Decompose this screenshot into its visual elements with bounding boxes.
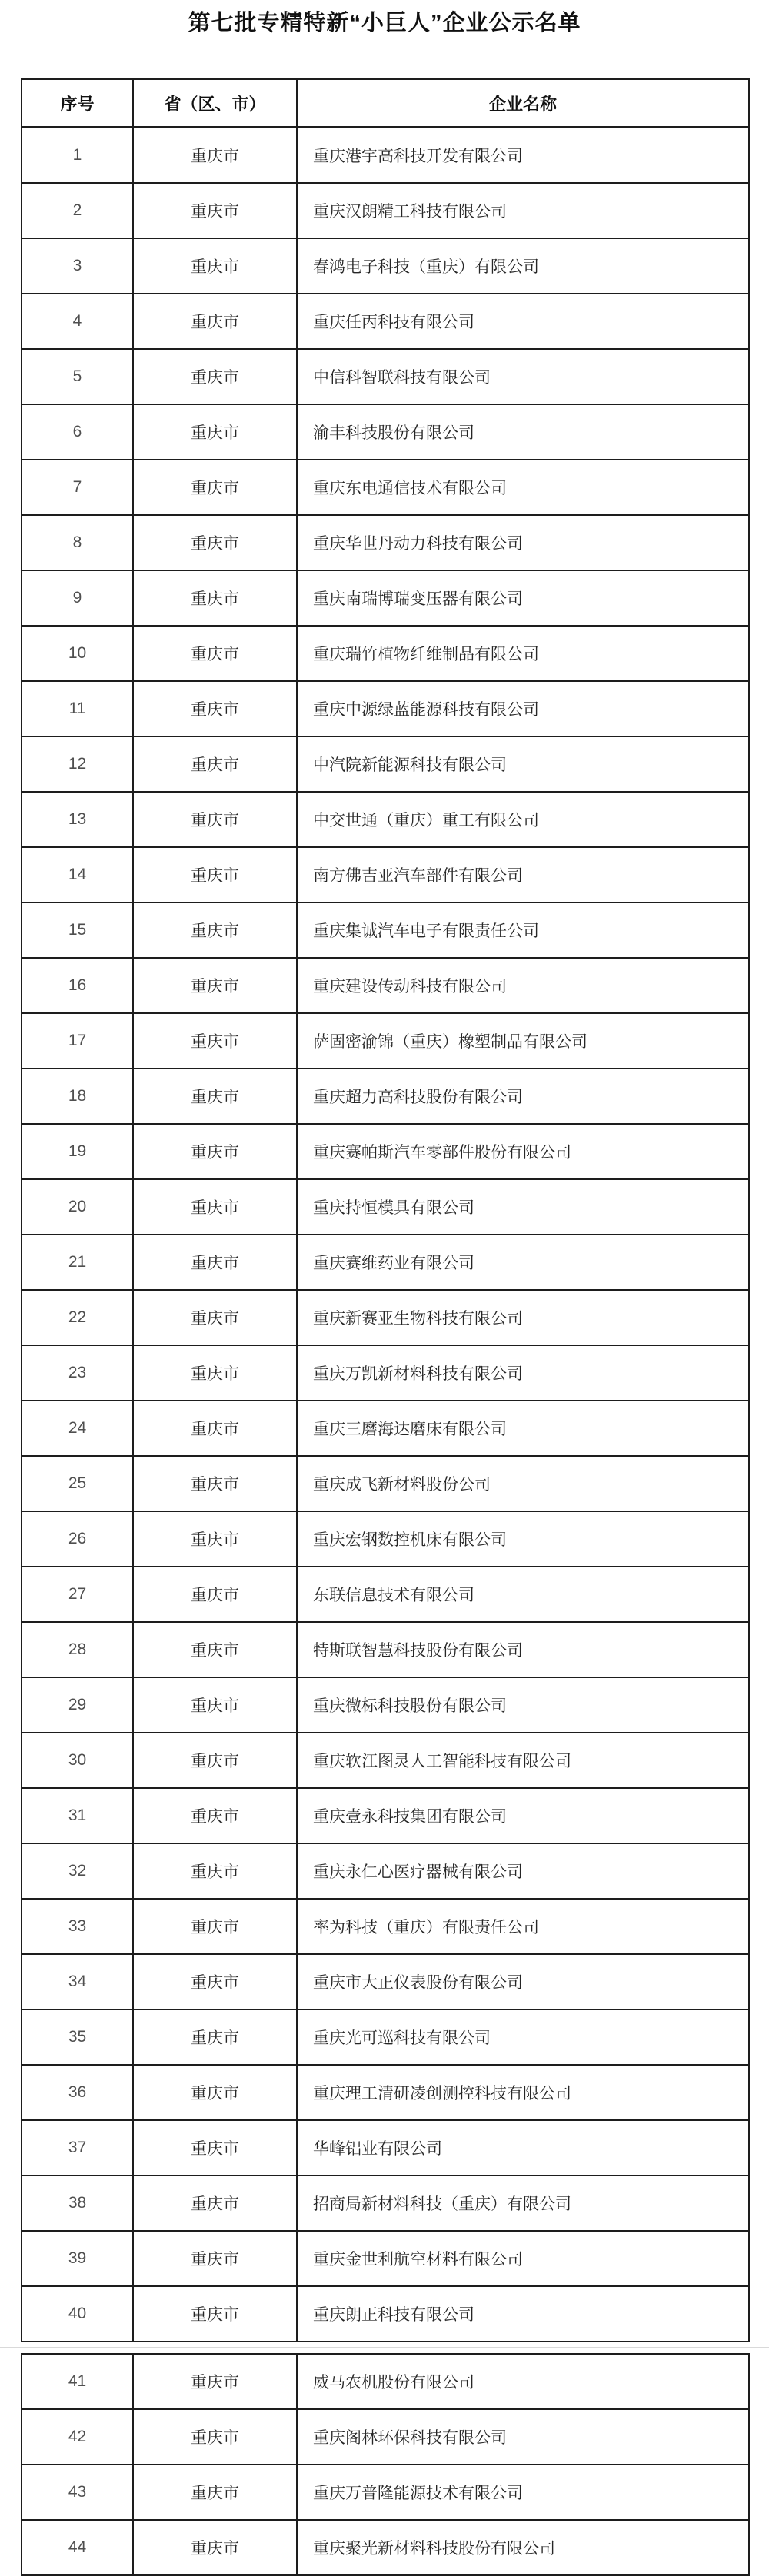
- row-number-cell: 37: [22, 2120, 133, 2175]
- row-number-cell: 28: [22, 1622, 133, 1677]
- province-cell: 重庆市: [133, 1677, 297, 1733]
- table-row: 39 重庆市 重庆金世利航空材料有限公司: [22, 2231, 749, 2286]
- row-number-cell: 25: [22, 1456, 133, 1511]
- company-name-cell: 重庆金世利航空材料有限公司: [297, 2231, 749, 2286]
- table-row: 37 重庆市 华峰铝业有限公司: [22, 2120, 749, 2175]
- table-row: 33 重庆市 率为科技（重庆）有限责任公司: [22, 1899, 749, 1954]
- row-number-cell: 34: [22, 1954, 133, 2009]
- row-number-cell: 33: [22, 1899, 133, 1954]
- province-cell: 重庆市: [133, 2465, 297, 2520]
- company-name-cell: 重庆东电通信技术有限公司: [297, 460, 749, 515]
- table-row: 26 重庆市 重庆宏钢数控机床有限公司: [22, 1511, 749, 1567]
- province-cell: 重庆市: [133, 238, 297, 294]
- row-number-cell: 32: [22, 1843, 133, 1899]
- table-row: 20 重庆市 重庆持恒模具有限公司: [22, 1179, 749, 1235]
- province-cell: 重庆市: [133, 1622, 297, 1677]
- row-number-cell: 30: [22, 1733, 133, 1788]
- row-number-cell: 31: [22, 1788, 133, 1843]
- province-cell: 重庆市: [133, 1290, 297, 1345]
- province-cell: 重庆市: [133, 792, 297, 847]
- province-cell: 重庆市: [133, 681, 297, 736]
- province-cell: 重庆市: [133, 294, 297, 349]
- company-name-cell: 重庆光可巡科技有限公司: [297, 2009, 749, 2065]
- row-number-cell: 11: [22, 681, 133, 736]
- company-name-cell: 招商局新材料科技（重庆）有限公司: [297, 2175, 749, 2231]
- province-cell: 重庆市: [133, 1899, 297, 1954]
- province-cell: 重庆市: [133, 1235, 297, 1290]
- table-row: 23 重庆市 重庆万凯新材料科技有限公司: [22, 1345, 749, 1401]
- row-number-cell: 9: [22, 570, 133, 626]
- table-row: 1 重庆市 重庆港宇高科技开发有限公司: [22, 128, 749, 184]
- province-cell: 重庆市: [133, 1013, 297, 1069]
- company-name-cell: 重庆市大正仪表股份有限公司: [297, 1954, 749, 2009]
- table-row: 34 重庆市 重庆市大正仪表股份有限公司: [22, 1954, 749, 2009]
- table-row: 5 重庆市 中信科智联科技有限公司: [22, 349, 749, 404]
- province-cell: 重庆市: [133, 1456, 297, 1511]
- province-cell: 重庆市: [133, 736, 297, 792]
- row-number-cell: 20: [22, 1179, 133, 1235]
- province-cell: 重庆市: [133, 1345, 297, 1401]
- province-cell: 重庆市: [133, 958, 297, 1013]
- company-name-cell: 重庆集诚汽车电子有限责任公司: [297, 902, 749, 958]
- table-row: 42 重庆市 重庆阁林环保科技有限公司: [22, 2409, 749, 2465]
- row-number-cell: 1: [22, 128, 133, 184]
- table-row: 16 重庆市 重庆建设传动科技有限公司: [22, 958, 749, 1013]
- row-number-cell: 27: [22, 1567, 133, 1622]
- row-number-cell: 4: [22, 294, 133, 349]
- table-row: 2 重庆市 重庆汉朗精工科技有限公司: [22, 183, 749, 238]
- company-name-cell: 重庆汉朗精工科技有限公司: [297, 183, 749, 238]
- table-row: 29 重庆市 重庆微标科技股份有限公司: [22, 1677, 749, 1733]
- row-number-cell: 12: [22, 736, 133, 792]
- company-name-cell: 重庆新赛亚生物科技有限公司: [297, 1290, 749, 1345]
- row-number-cell: 17: [22, 1013, 133, 1069]
- row-number-cell: 13: [22, 792, 133, 847]
- company-name-cell: 重庆万普隆能源技术有限公司: [297, 2465, 749, 2520]
- company-name-cell: 重庆港宇高科技开发有限公司: [297, 128, 749, 184]
- company-name-cell: 重庆持恒模具有限公司: [297, 1179, 749, 1235]
- province-cell: 重庆市: [133, 626, 297, 681]
- table-row: 14 重庆市 南方佛吉亚汽车部件有限公司: [22, 847, 749, 902]
- table-row: 44 重庆市 重庆聚光新材料科技股份有限公司: [22, 2520, 749, 2575]
- company-table-page-1: 序号 省（区、市） 企业名称 1 重庆市 重庆港宇高科技开发有限公司 2 重庆市…: [21, 78, 750, 2342]
- row-number-cell: 7: [22, 460, 133, 515]
- province-cell: 重庆市: [133, 1511, 297, 1567]
- company-name-cell: 重庆壹永科技集团有限公司: [297, 1788, 749, 1843]
- table-row: 6 重庆市 渝丰科技股份有限公司: [22, 404, 749, 460]
- table-row: 10 重庆市 重庆瑞竹植物纤维制品有限公司: [22, 626, 749, 681]
- province-cell: 重庆市: [133, 183, 297, 238]
- company-name-cell: 重庆超力高科技股份有限公司: [297, 1069, 749, 1124]
- table-row: 40 重庆市 重庆朗正科技有限公司: [22, 2286, 749, 2342]
- company-name-cell: 重庆华世丹动力科技有限公司: [297, 515, 749, 570]
- table-row: 3 重庆市 春鸿电子科技（重庆）有限公司: [22, 238, 749, 294]
- company-name-cell: 威马农机股份有限公司: [297, 2354, 749, 2409]
- row-number-cell: 43: [22, 2465, 133, 2520]
- row-number-cell: 23: [22, 1345, 133, 1401]
- company-name-cell: 重庆万凯新材料科技有限公司: [297, 1345, 749, 1401]
- company-name-cell: 春鸿电子科技（重庆）有限公司: [297, 238, 749, 294]
- company-name-cell: 重庆永仁心医疗器械有限公司: [297, 1843, 749, 1899]
- province-cell: 重庆市: [133, 2520, 297, 2575]
- row-number-cell: 44: [22, 2520, 133, 2575]
- company-name-cell: 萨固密渝锦（重庆）橡塑制品有限公司: [297, 1013, 749, 1069]
- company-name-cell: 重庆朗正科技有限公司: [297, 2286, 749, 2342]
- row-number-cell: 21: [22, 1235, 133, 1290]
- company-name-cell: 重庆宏钢数控机床有限公司: [297, 1511, 749, 1567]
- table-row: 35 重庆市 重庆光可巡科技有限公司: [22, 2009, 749, 2065]
- province-cell: 重庆市: [133, 2065, 297, 2120]
- row-number-cell: 10: [22, 626, 133, 681]
- page-break-line: [0, 2347, 769, 2348]
- province-cell: 重庆市: [133, 2231, 297, 2286]
- page-title: 第七批专精特新“小巨人”企业公示名单: [0, 9, 769, 37]
- province-cell: 重庆市: [133, 1179, 297, 1235]
- row-number-cell: 3: [22, 238, 133, 294]
- company-name-cell: 重庆瑞竹植物纤维制品有限公司: [297, 626, 749, 681]
- table-row: 17 重庆市 萨固密渝锦（重庆）橡塑制品有限公司: [22, 1013, 749, 1069]
- province-cell: 重庆市: [133, 902, 297, 958]
- table-row: 28 重庆市 特斯联智慧科技股份有限公司: [22, 1622, 749, 1677]
- table-row: 43 重庆市 重庆万普隆能源技术有限公司: [22, 2465, 749, 2520]
- province-cell: 重庆市: [133, 2354, 297, 2409]
- row-number-cell: 40: [22, 2286, 133, 2342]
- table-row: 21 重庆市 重庆赛维药业有限公司: [22, 1235, 749, 1290]
- province-cell: 重庆市: [133, 515, 297, 570]
- province-cell: 重庆市: [133, 2286, 297, 2342]
- company-name-cell: 重庆赛维药业有限公司: [297, 1235, 749, 1290]
- column-header-company: 企业名称: [297, 79, 749, 128]
- table-row: 22 重庆市 重庆新赛亚生物科技有限公司: [22, 1290, 749, 1345]
- table-header: 序号 省（区、市） 企业名称: [22, 79, 749, 128]
- row-number-cell: 39: [22, 2231, 133, 2286]
- company-name-cell: 重庆阁林环保科技有限公司: [297, 2409, 749, 2465]
- company-name-cell: 重庆聚光新材料科技股份有限公司: [297, 2520, 749, 2575]
- table-row: 31 重庆市 重庆壹永科技集团有限公司: [22, 1788, 749, 1843]
- table-row: 41 重庆市 威马农机股份有限公司: [22, 2354, 749, 2409]
- page-break: [0, 2342, 769, 2353]
- province-cell: 重庆市: [133, 1567, 297, 1622]
- province-cell: 重庆市: [133, 1401, 297, 1456]
- company-name-cell: 华峰铝业有限公司: [297, 2120, 749, 2175]
- company-name-cell: 特斯联智慧科技股份有限公司: [297, 1622, 749, 1677]
- company-name-cell: 重庆任丙科技有限公司: [297, 294, 749, 349]
- table-row: 7 重庆市 重庆东电通信技术有限公司: [22, 460, 749, 515]
- row-number-cell: 2: [22, 183, 133, 238]
- company-name-cell: 东联信息技术有限公司: [297, 1567, 749, 1622]
- row-number-cell: 35: [22, 2009, 133, 2065]
- row-number-cell: 8: [22, 515, 133, 570]
- row-number-cell: 5: [22, 349, 133, 404]
- column-header-province: 省（区、市）: [133, 79, 297, 128]
- company-name-cell: 渝丰科技股份有限公司: [297, 404, 749, 460]
- company-name-cell: 率为科技（重庆）有限责任公司: [297, 1899, 749, 1954]
- province-cell: 重庆市: [133, 460, 297, 515]
- province-cell: 重庆市: [133, 2175, 297, 2231]
- province-cell: 重庆市: [133, 1843, 297, 1899]
- province-cell: 重庆市: [133, 1733, 297, 1788]
- company-name-cell: 重庆中源绿蓝能源科技有限公司: [297, 681, 749, 736]
- row-number-cell: 14: [22, 847, 133, 902]
- row-number-cell: 36: [22, 2065, 133, 2120]
- province-cell: 重庆市: [133, 1124, 297, 1179]
- column-header-no: 序号: [22, 79, 133, 128]
- row-number-cell: 24: [22, 1401, 133, 1456]
- row-number-cell: 15: [22, 902, 133, 958]
- company-name-cell: 中汽院新能源科技有限公司: [297, 736, 749, 792]
- table-row: 38 重庆市 招商局新材料科技（重庆）有限公司: [22, 2175, 749, 2231]
- company-table-page-2: 41 重庆市 威马农机股份有限公司 42 重庆市 重庆阁林环保科技有限公司 43…: [21, 2353, 750, 2576]
- row-number-cell: 38: [22, 2175, 133, 2231]
- province-cell: 重庆市: [133, 570, 297, 626]
- table-row: 19 重庆市 重庆赛帕斯汽车零部件股份有限公司: [22, 1124, 749, 1179]
- table-row: 4 重庆市 重庆任丙科技有限公司: [22, 294, 749, 349]
- province-cell: 重庆市: [133, 2409, 297, 2465]
- company-name-cell: 重庆建设传动科技有限公司: [297, 958, 749, 1013]
- row-number-cell: 16: [22, 958, 133, 1013]
- table-row: 30 重庆市 重庆软江图灵人工智能科技有限公司: [22, 1733, 749, 1788]
- province-cell: 重庆市: [133, 2120, 297, 2175]
- row-number-cell: 18: [22, 1069, 133, 1124]
- table-row: 13 重庆市 中交世通（重庆）重工有限公司: [22, 792, 749, 847]
- company-name-cell: 重庆软江图灵人工智能科技有限公司: [297, 1733, 749, 1788]
- table-row: 18 重庆市 重庆超力高科技股份有限公司: [22, 1069, 749, 1124]
- table-row: 25 重庆市 重庆成飞新材料股份公司: [22, 1456, 749, 1511]
- province-cell: 重庆市: [133, 349, 297, 404]
- row-number-cell: 6: [22, 404, 133, 460]
- company-name-cell: 重庆理工清研凌创测控科技有限公司: [297, 2065, 749, 2120]
- table-row: 11 重庆市 重庆中源绿蓝能源科技有限公司: [22, 681, 749, 736]
- table-row: 9 重庆市 重庆南瑞博瑞变压器有限公司: [22, 570, 749, 626]
- row-number-cell: 19: [22, 1124, 133, 1179]
- company-name-cell: 中交世通（重庆）重工有限公司: [297, 792, 749, 847]
- row-number-cell: 26: [22, 1511, 133, 1567]
- table-row: 12 重庆市 中汽院新能源科技有限公司: [22, 736, 749, 792]
- province-cell: 重庆市: [133, 1069, 297, 1124]
- row-number-cell: 42: [22, 2409, 133, 2465]
- province-cell: 重庆市: [133, 1954, 297, 2009]
- company-name-cell: 中信科智联科技有限公司: [297, 349, 749, 404]
- row-number-cell: 29: [22, 1677, 133, 1733]
- company-name-cell: 重庆三磨海达磨床有限公司: [297, 1401, 749, 1456]
- company-name-cell: 重庆微标科技股份有限公司: [297, 1677, 749, 1733]
- province-cell: 重庆市: [133, 2009, 297, 2065]
- province-cell: 重庆市: [133, 1788, 297, 1843]
- table-row: 32 重庆市 重庆永仁心医疗器械有限公司: [22, 1843, 749, 1899]
- row-number-cell: 41: [22, 2354, 133, 2409]
- table-row: 36 重庆市 重庆理工清研凌创测控科技有限公司: [22, 2065, 749, 2120]
- company-name-cell: 重庆赛帕斯汽车零部件股份有限公司: [297, 1124, 749, 1179]
- header-row: 序号 省（区、市） 企业名称: [22, 79, 749, 128]
- table-row: 24 重庆市 重庆三磨海达磨床有限公司: [22, 1401, 749, 1456]
- company-name-cell: 重庆成飞新材料股份公司: [297, 1456, 749, 1511]
- table-row: 27 重庆市 东联信息技术有限公司: [22, 1567, 749, 1622]
- province-cell: 重庆市: [133, 847, 297, 902]
- table-row: 15 重庆市 重庆集诚汽车电子有限责任公司: [22, 902, 749, 958]
- province-cell: 重庆市: [133, 404, 297, 460]
- company-name-cell: 重庆南瑞博瑞变压器有限公司: [297, 570, 749, 626]
- company-name-cell: 南方佛吉亚汽车部件有限公司: [297, 847, 749, 902]
- table-row: 8 重庆市 重庆华世丹动力科技有限公司: [22, 515, 749, 570]
- province-cell: 重庆市: [133, 128, 297, 184]
- row-number-cell: 22: [22, 1290, 133, 1345]
